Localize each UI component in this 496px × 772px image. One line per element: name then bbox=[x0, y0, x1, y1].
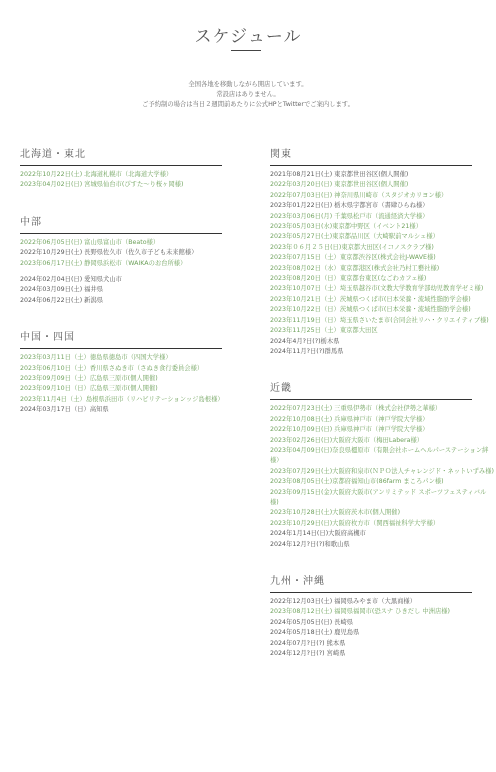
schedule-page: スケジュール 全国各地を移動しながら開店しています。 常設店はありません。 ご予… bbox=[0, 0, 496, 772]
schedule-entry: 2023年08月05日(土)京都府福知山市(86farm まころパン様) bbox=[270, 477, 495, 487]
region-title: 近畿 bbox=[270, 379, 495, 394]
schedule-entry: 2023年03月11日（土）徳島県徳島市（四国大学様） bbox=[20, 353, 245, 363]
schedule-entry: 2023年04月02日(日) 宮城県仙台市(ぴすた〜り桜ヶ岡様) bbox=[20, 180, 245, 190]
schedule-entry: 2023年09月15日(金)大阪府大阪市(アンリミテッド スポーツフェスティバル… bbox=[270, 488, 495, 509]
schedule-entry: 2023年08月20日（日）東京都台東区(なごわカフェ様) bbox=[270, 274, 495, 284]
schedule-entry: 2023年07月15日（土）東京都渋谷区(株式会社J-WAVE様) bbox=[270, 253, 495, 263]
schedule-entry: 2023年07月29日(土)大阪府和泉市(ＮＰＯ法人チャレンジド・ネットいずみ様… bbox=[270, 467, 495, 477]
schedule-entry: 2024年12月?日(?)和歌山県 bbox=[270, 540, 495, 550]
schedule-entry: 2024年06月22日(土) 新潟県 bbox=[20, 296, 245, 306]
schedule-entry: 2022年10月09日(日) 兵庫県神戸市（神戸学院大学様） bbox=[270, 425, 495, 435]
schedule-entry: 2023年11月4日（土）島根県浜田市（リハビリテーションッジ島根様） bbox=[20, 395, 245, 405]
schedule-entry: 2023年05月27日(土)東京都品川区（大崎駅前マルシェ様） bbox=[270, 232, 495, 242]
right-column: 関東 2021年08月21日(土) 東京都世田谷区(個人開催)2022年03月2… bbox=[270, 145, 495, 681]
schedule-entry: 2023年10月07日（土）埼玉県越谷市(文教大学教育学部幼児教育学ゼミ様) bbox=[270, 284, 495, 294]
schedule-entry: 2024年03月09日(土) 福井県 bbox=[20, 285, 245, 295]
schedule-entry: 2024年07月?日(?) 熊本県 bbox=[270, 639, 495, 649]
schedule-entry: 2023年10月29日(日)大阪府枚方市（関西福祉科学大学様） bbox=[270, 519, 495, 529]
intro-line: 全国各地を移動しながら開店しています。 bbox=[0, 80, 496, 90]
region-divider bbox=[20, 233, 222, 234]
schedule-entry: 2024年1月14日(日)大阪府高槻市 bbox=[270, 529, 495, 539]
schedule-entry: 2023年01月22日(日) 栃木県宇都宮市（書肆ひらね様） bbox=[270, 201, 495, 211]
schedule-entry: 2023年10月22日（日）茨城県つくば市(日本栄養・流域性脂肪学会様) bbox=[270, 305, 495, 315]
region-divider bbox=[20, 165, 222, 166]
region-chugoku-shikoku: 中国・四国 2023年03月11日（土）徳島県徳島市（四国大学様）2023年06… bbox=[20, 328, 245, 415]
page-title: スケジュール bbox=[0, 22, 496, 47]
schedule-entry: 2022年10月29日(土) 長野県佐久市（佐久市子ども未来館様） bbox=[20, 248, 245, 258]
region-divider bbox=[270, 399, 472, 400]
schedule-entry: 2023年04月09日(日)奈良県橿原市（有限会社ホームヘルパーステーション絆様… bbox=[270, 446, 495, 467]
region-kinki: 近畿 2022年07月23日(土) 三重県伊勢市（株式会社伊勢之華様）2022年… bbox=[270, 379, 495, 550]
schedule-entry: 2023年０６月２５日(日)東京都大田区(イコノスクラブ様) bbox=[270, 243, 495, 253]
intro-text: 全国各地を移動しながら開店しています。 常設店はありません。 ご予約制の場合は当… bbox=[0, 80, 496, 110]
schedule-entry: 2023年03月06日(月) 千葉県松戸市（流通経済大学様） bbox=[270, 212, 495, 222]
schedule-entry: 2023年08月02日（水）東京都港区(株式会社乃村工藝社様) bbox=[270, 264, 495, 274]
region-title: 中国・四国 bbox=[20, 328, 245, 343]
intro-line: ご予約制の場合は当日２週間前あたりに公式HPとTwitterでご案内します。 bbox=[0, 100, 496, 110]
region-kanto: 関東 2021年08月21日(土) 東京都世田谷区(個人開催)2022年03月2… bbox=[270, 145, 495, 357]
schedule-entry: 2024年12月?日(?) 宮崎県 bbox=[270, 649, 495, 659]
region-divider bbox=[270, 165, 472, 166]
schedule-entry: 2023年11月25日（土）東京都大田区 bbox=[270, 326, 495, 336]
intro-line: 常設店はありません。 bbox=[0, 90, 496, 100]
region-title: 関東 bbox=[270, 145, 495, 160]
region-title: 北海道・東北 bbox=[20, 145, 245, 160]
schedule-entry: 2023年05月03日(水)東京都中野区（イベント21様） bbox=[270, 222, 495, 232]
schedule-entry: 2024年03月17日（日）高知県 bbox=[20, 405, 245, 415]
region-divider bbox=[20, 348, 222, 349]
schedule-entry: 2022年06月05日(日) 富山県富山市（Beato様） bbox=[20, 238, 245, 248]
schedule-entry: 2024年4月?日(?)栃木県 bbox=[270, 337, 495, 347]
region-kyushu-okinawa: 九州・沖縄 2022年12月03日(土) 福岡県みやま市（大黒商様）2023年0… bbox=[270, 572, 495, 659]
schedule-entry: 2022年10月08日(土) 兵庫県神戸市（神戸学院大学様） bbox=[270, 415, 495, 425]
schedule-entry: 2023年09月10日（日）広島県三原市(個人開催) bbox=[20, 384, 245, 394]
region-title: 九州・沖縄 bbox=[270, 572, 495, 587]
left-column: 北海道・東北 2022年10月22日(土) 北海道札幌市（北海道大学様）2023… bbox=[20, 145, 245, 438]
schedule-entry: 2024年05月18日(土) 鹿児島県 bbox=[270, 628, 495, 638]
schedule-entry: 2022年10月22日(土) 北海道札幌市（北海道大学様） bbox=[20, 170, 245, 180]
schedule-entry: 2024年05月05日(日) 長崎県 bbox=[270, 618, 495, 628]
schedule-entry: 2023年02月26日(日)大阪府大阪市（梅田Labera様） bbox=[270, 436, 495, 446]
schedule-entry: 2022年12月03日(土) 福岡県みやま市（大黒商様） bbox=[270, 597, 495, 607]
region-title: 中部 bbox=[20, 213, 245, 228]
schedule-entry: 2023年08月12日(土) 福岡県福岡市(恐スナ ひきだし 中洲店様) bbox=[270, 607, 495, 617]
schedule-entry: 2022年07月03日(日) 神奈川県川崎市（スタジオカリヨン様） bbox=[270, 191, 495, 201]
schedule-entry: 2021年08月21日(土) 東京都世田谷区(個人開催) bbox=[270, 170, 495, 180]
region-hokkaido: 北海道・東北 2022年10月22日(土) 北海道札幌市（北海道大学様）2023… bbox=[20, 145, 245, 191]
schedule-entry: 2023年06月10日（土）香川県さぬき市（さぬき食行委員会様） bbox=[20, 364, 245, 374]
schedule-entry: 2024年11月?日(?)群馬県 bbox=[270, 347, 495, 357]
region-chubu: 中部 2022年06月05日(日) 富山県富山市（Beato様）2022年10月… bbox=[20, 213, 245, 306]
region-divider bbox=[270, 592, 472, 593]
title-underline bbox=[231, 50, 261, 51]
schedule-entry: 2024年02月04日(日) 愛知県犬山市 bbox=[20, 275, 245, 285]
schedule-entry: 2023年10月28日(土)大阪府茨木市(個人開催) bbox=[270, 508, 495, 518]
schedule-entry: 2023年06月17日(土) 静岡県浜松市（WAIKAのお台所様） bbox=[20, 259, 245, 269]
schedule-entry: 2022年03月20日(日) 東京都世田谷区(個人開催) bbox=[270, 180, 495, 190]
schedule-entry: 2023年10月21日（土）茨城県つくば市(日本栄養・流域性脂肪学会様) bbox=[270, 295, 495, 305]
schedule-entry: 2023年11月19日（日）埼玉県さいたま市(合同会社リハ・クリエイティブ様) bbox=[270, 316, 495, 326]
schedule-entry: 2023年09月09日（土）広島県三原市(個人開催) bbox=[20, 374, 245, 384]
schedule-entry: 2022年07月23日(土) 三重県伊勢市（株式会社伊勢之華様） bbox=[270, 404, 495, 414]
